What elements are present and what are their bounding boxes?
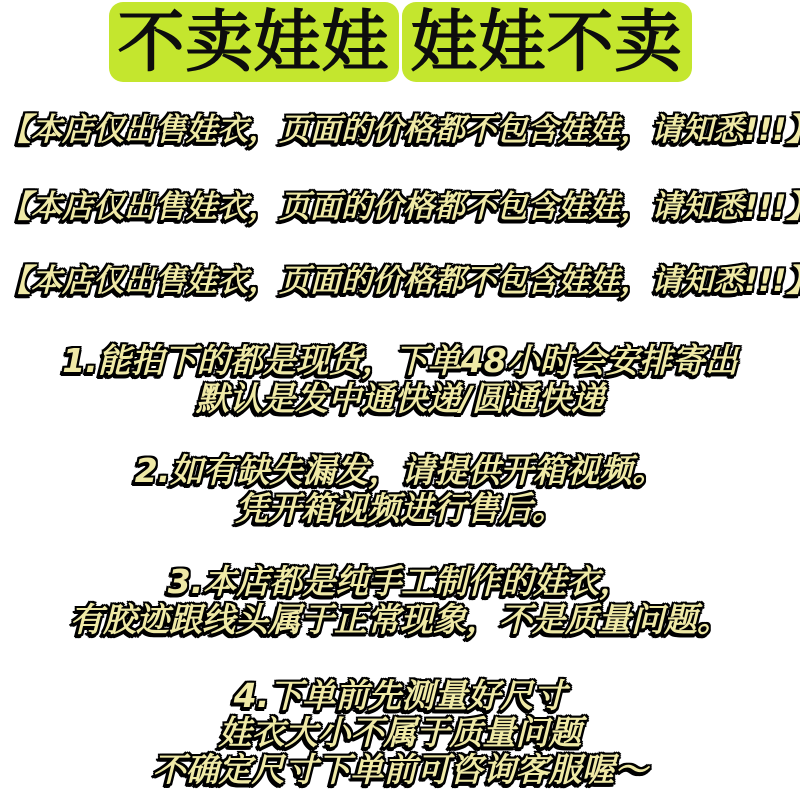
rule-line: 2.如有缺失漏发，请提供开箱视频。	[0, 452, 800, 490]
page-title: 不卖娃娃娃娃不卖	[0, 2, 800, 82]
notice-line-2: 【本店仅出售娃衣，页面的价格都不包含娃娃，请知悉!!!】	[0, 189, 800, 225]
notice-line-3: 【本店仅出售娃衣，页面的价格都不包含娃娃，请知悉!!!】	[0, 263, 800, 299]
store-notice-poster: 不卖娃娃娃娃不卖 【本店仅出售娃衣，页面的价格都不包含娃娃，请知悉!!!】 【本…	[0, 0, 800, 800]
rule-line: 3.本店都是纯手工制作的娃衣，	[0, 563, 800, 601]
rule-line: 4.下单前先测量好尺寸	[0, 677, 800, 714]
title-highlight-right: 娃娃不卖	[402, 2, 692, 82]
rule-line: 凭开箱视频进行售后。	[0, 490, 800, 528]
rule-line: 不确定尺寸下单前可咨询客服喔～	[0, 751, 800, 788]
title-highlight-left: 不卖娃娃	[109, 2, 399, 82]
rule-item-3: 3.本店都是纯手工制作的娃衣， 有胶迹跟线头属于正常现象，不是质量问题。	[0, 563, 800, 639]
rule-item-1: 1.能拍下的都是现货，下单48小时会安排寄出 默认是发中通快递/圆通快递	[0, 342, 800, 418]
rule-line: 有胶迹跟线头属于正常现象，不是质量问题。	[0, 601, 800, 639]
rule-line: 娃衣大小不属于质量问题	[0, 714, 800, 751]
rule-item-4: 4.下单前先测量好尺寸 娃衣大小不属于质量问题 不确定尺寸下单前可咨询客服喔～	[0, 677, 800, 788]
rule-line: 默认是发中通快递/圆通快递	[0, 380, 800, 418]
notice-line-1: 【本店仅出售娃衣，页面的价格都不包含娃娃，请知悉!!!】	[0, 112, 800, 148]
rule-line: 1.能拍下的都是现货，下单48小时会安排寄出	[0, 342, 800, 380]
rule-item-2: 2.如有缺失漏发，请提供开箱视频。 凭开箱视频进行售后。	[0, 452, 800, 528]
